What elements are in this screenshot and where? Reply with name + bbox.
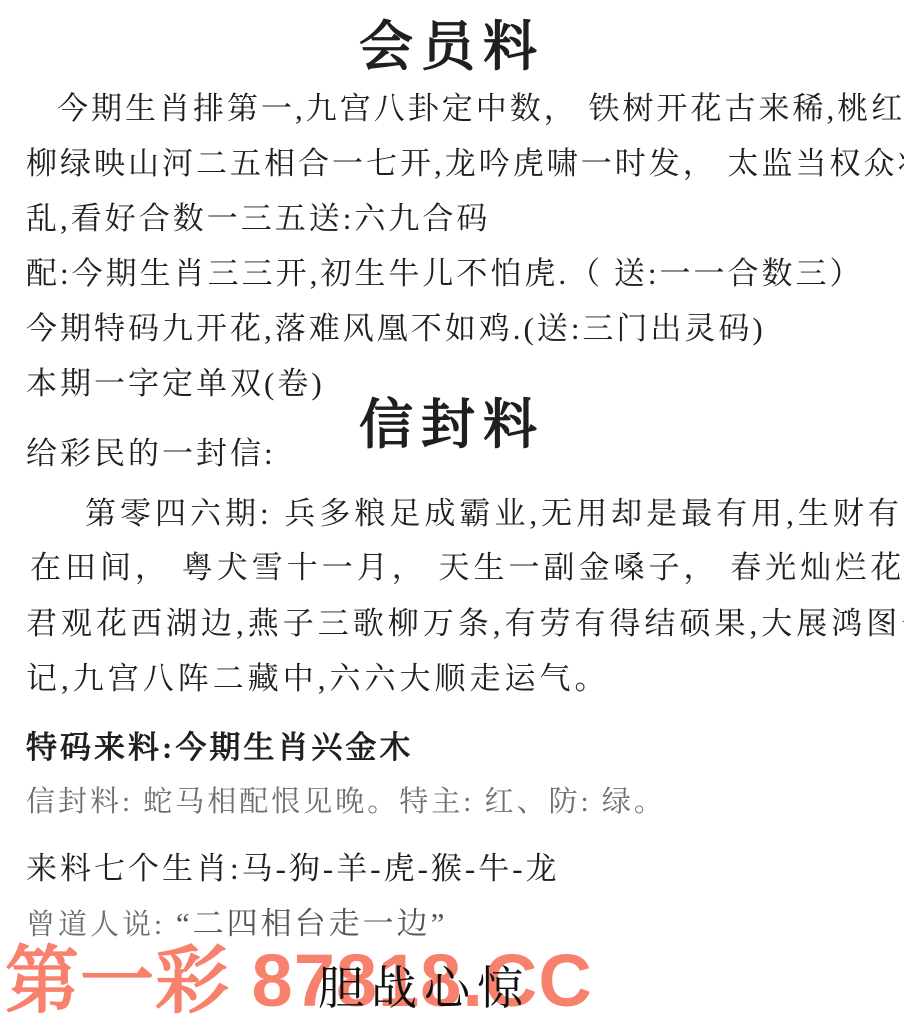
member-line-4: 配:今期生肖三三开,初生牛儿不怕虎.（ 送:一一合数三） <box>26 248 863 293</box>
letter-line-3: 君观花西湖边,燕子三歌柳万条,有劳有得结硕果,大展鸿图七字 <box>26 598 904 643</box>
letter-line-1: 第零四六期: 兵多粮足成霸业,无用却是最有用,生财有道 <box>85 488 904 533</box>
letter-line-2: 在田间， 粤犬雪十一月， 天生一副金嗓子， 春光灿烂花正艳， 伴 <box>30 542 904 587</box>
envelope-intro: 给彩民的一封信: <box>26 428 276 473</box>
zodiac-line: 来料七个生肖:马-狗-羊-虎-猴-牛-龙 <box>26 843 560 888</box>
member-line-5: 今期特码九开花,落难风凰不如鸡.(送:三门出灵码) <box>26 303 766 348</box>
member-line-1: 今期生肖排第一,九宫八卦定中数， 铁树开花古来稀,桃红 <box>57 83 904 128</box>
letter-line-4: 记,九宫八阵二藏中,六六大顺走运气。 <box>26 653 610 698</box>
member-section-title: 会员料 <box>0 4 904 81</box>
member-line-3: 乱,看好合数一三五送:六九合码 <box>26 193 490 238</box>
member-line-2: 柳绿映山河二五相合一七开,龙吟虎啸一时发， 太监当权众将 <box>26 138 904 183</box>
scanned-tip-sheet: 会员料 今期生肖排第一,九宫八卦定中数， 铁树开花古来稀,桃红 柳绿映山河二五相… <box>0 0 904 1024</box>
overlay-text: 胆战心惊 <box>318 952 530 1018</box>
special-code-line: 特码来料:今期生肖兴金木 <box>26 722 413 767</box>
envelope-note-line: 信封料: 蛇马相配恨见晚。特主: 红、防: 绿。 <box>26 779 666 820</box>
